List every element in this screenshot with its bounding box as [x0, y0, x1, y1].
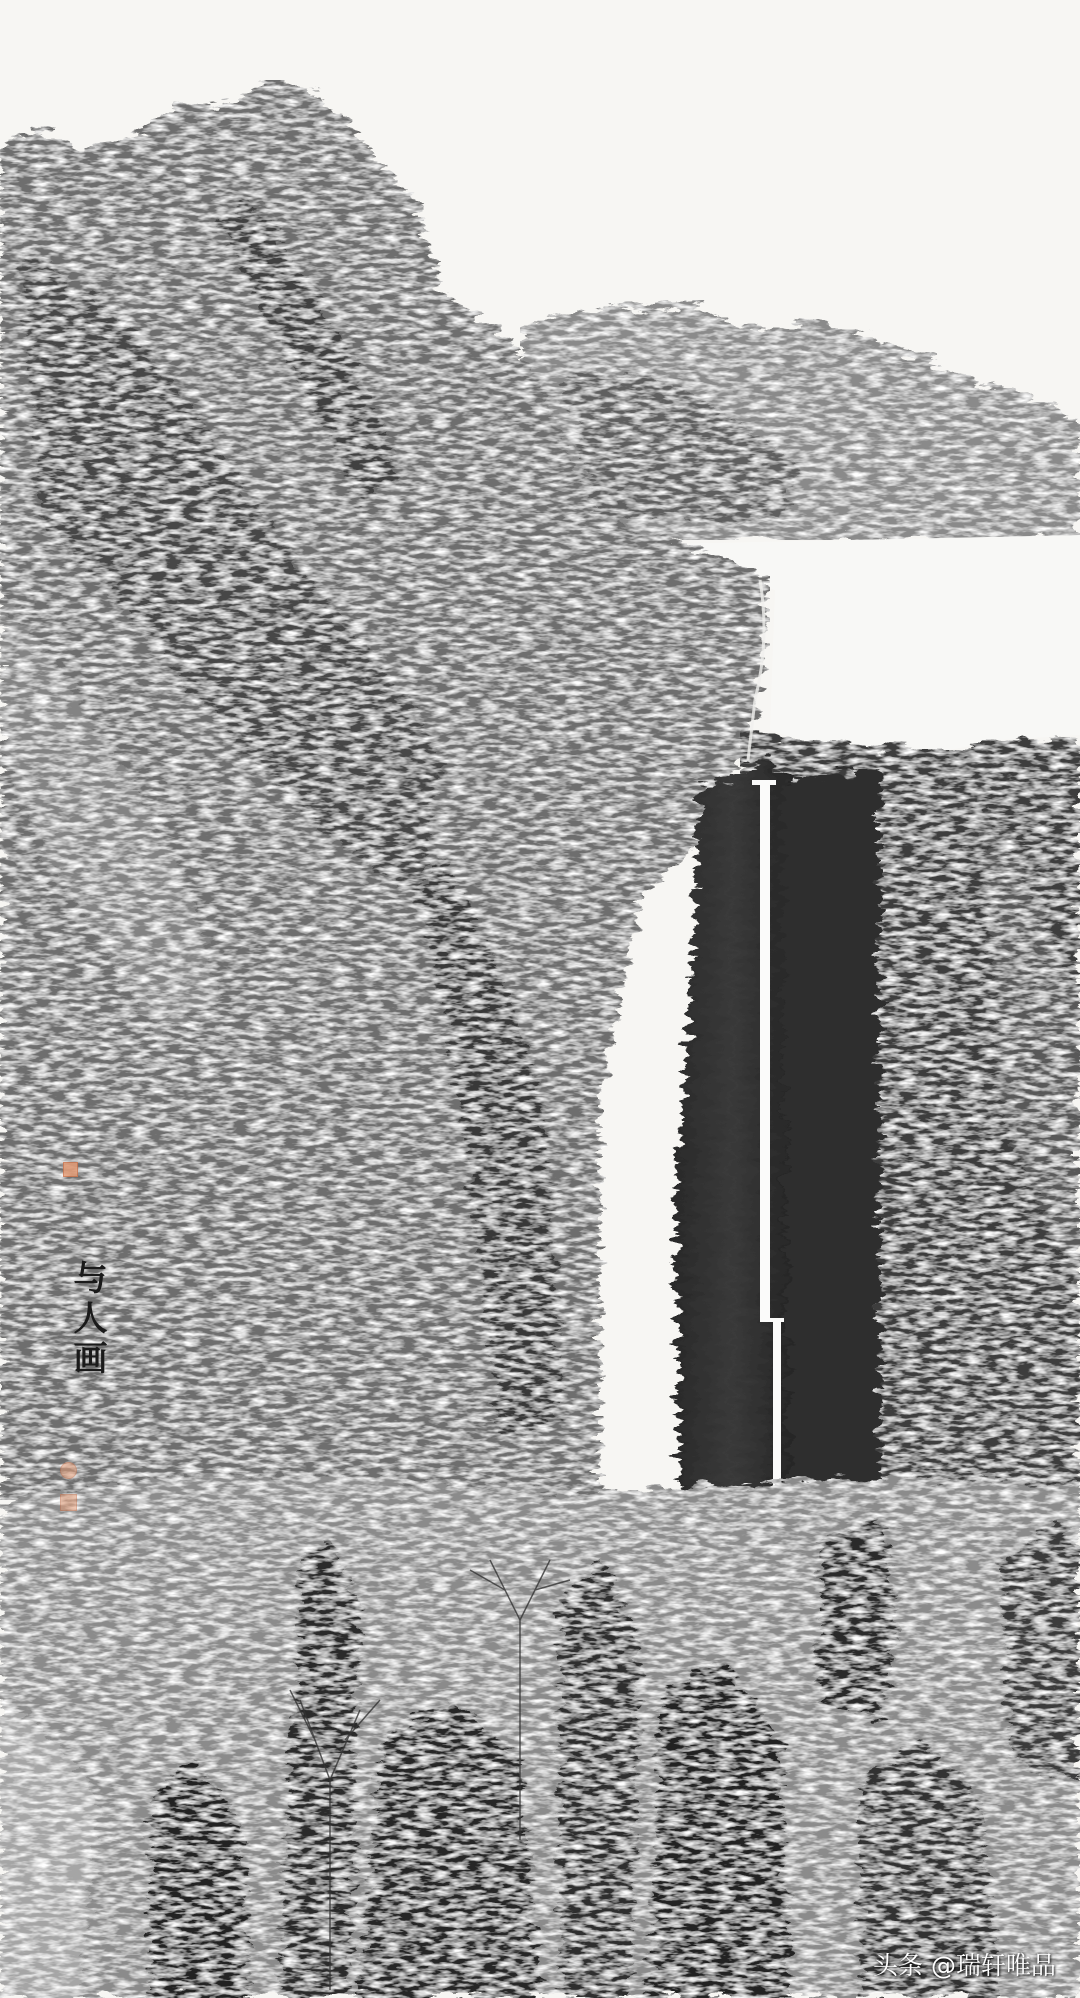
watermark: 头条 @瑞轩唯品: [873, 1946, 1056, 1982]
red-seal-stamp: [60, 1462, 77, 1479]
red-seal-stamp: [60, 1494, 77, 1511]
ink-landscape-painting: [0, 0, 1080, 1998]
red-seal-stamp: [63, 1162, 78, 1177]
foreground-forest: [0, 1473, 1080, 1998]
artist-signature: 与人画: [55, 1260, 105, 1460]
painting-canvas: 与人画 头条 @瑞轩唯品: [0, 0, 1080, 1998]
